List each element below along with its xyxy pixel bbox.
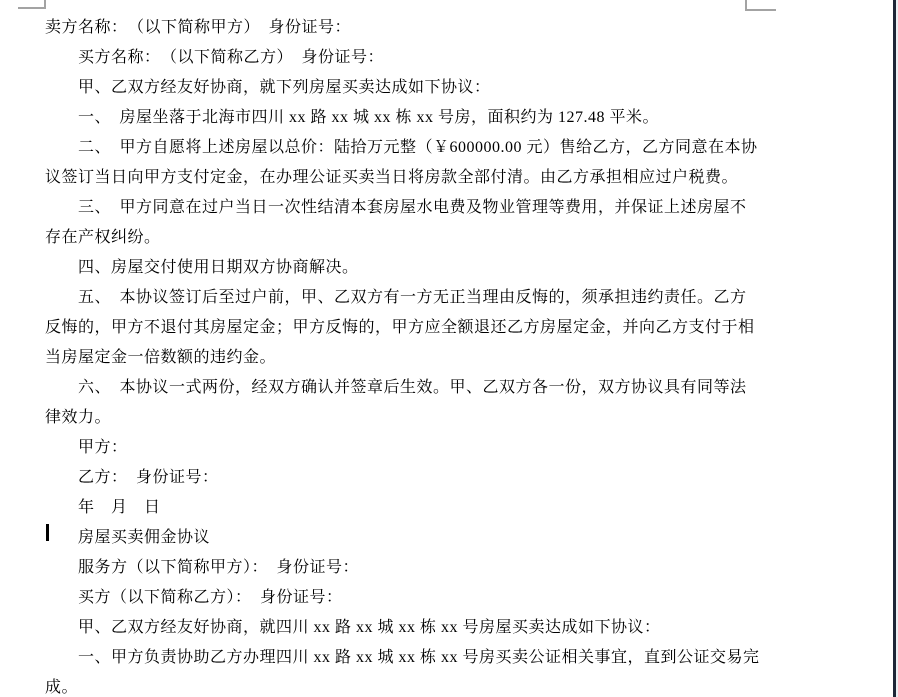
text-line[interactable]: 房屋买卖佣金协议 [45,523,875,553]
document-page[interactable]: 卖方名称： （以下简称甲方） 身份证号： 买方名称： （以下简称乙方） 身份证号… [0,0,898,697]
text-line[interactable]: 一、甲方负责协助乙方办理四川 xx 路 xx 城 xx 栋 xx 号房买卖公证相… [45,643,875,673]
text-line[interactable]: 存在产权纠纷。 [45,223,875,253]
text-line[interactable]: 一、 房屋坐落于北海市四川 xx 路 xx 城 xx 栋 xx 号房，面积约为 … [45,103,875,133]
text-line[interactable]: 六、 本协议一式两份，经双方确认并签章后生效。甲、乙双方各一份，双方协议具有同等… [45,373,875,403]
text-line[interactable]: 甲、乙双方经友好协商，就下列房屋买卖达成如下协议： [45,73,875,103]
text-line[interactable]: 反悔的，甲方不退付其房屋定金；甲方反悔的，甲方应全额退还乙方房屋定金，并向乙方支… [45,313,875,343]
editor-window: 卖方名称： （以下简称甲方） 身份证号： 买方名称： （以下简称乙方） 身份证号… [0,0,898,697]
margin-mark-top-left-vertical [44,0,46,9]
text-line[interactable]: 买方名称： （以下简称乙方） 身份证号： [45,43,875,73]
text-line[interactable]: 五、 本协议签订后至过户前，甲、乙双方有一方无正当理由反悔的，须承担违约责任。乙… [45,283,875,313]
text-line[interactable]: 律效力。 [45,403,875,433]
text-line[interactable]: 甲、乙双方经友好协商，就四川 xx 路 xx 城 xx 栋 xx 号房屋买卖达成… [45,613,875,643]
text-line[interactable]: 乙方： 身份证号： [45,463,875,493]
text-line[interactable]: 卖方名称： （以下简称甲方） 身份证号： [45,13,875,43]
text-line[interactable]: 议签订当日向甲方支付定金，在办理公证买卖当日将房款全部付清。由乙方承担相应过户税… [45,163,875,193]
text-line[interactable]: 买方（以下简称乙方）： 身份证号： [45,583,875,613]
margin-mark-top-left-horizontal [18,7,46,9]
text-line[interactable]: 服务方（以下简称甲方）： 身份证号： [45,553,875,583]
text-line[interactable]: 三、 甲方同意在过户当日一次性结清本套房屋水电费及物业管理等费用，并保证上述房屋… [45,193,875,223]
text-line[interactable]: 甲方： [45,433,875,463]
margin-mark-top-right-horizontal [745,9,776,11]
document-text-area[interactable]: 卖方名称： （以下简称甲方） 身份证号： 买方名称： （以下简称乙方） 身份证号… [45,13,875,697]
text-cursor [46,524,49,541]
text-line[interactable]: 二、 甲方自愿将上述房屋以总价：陆拾万元整（￥600000.00 元）售给乙方，… [45,133,875,163]
text-line[interactable]: 成。 [45,673,875,697]
text-line[interactable]: 四、房屋交付使用日期双方协商解决。 [45,253,875,283]
text-line[interactable]: 年 月 日 [45,493,875,523]
text-line[interactable]: 当房屋定金一倍数额的违约金。 [45,343,875,373]
